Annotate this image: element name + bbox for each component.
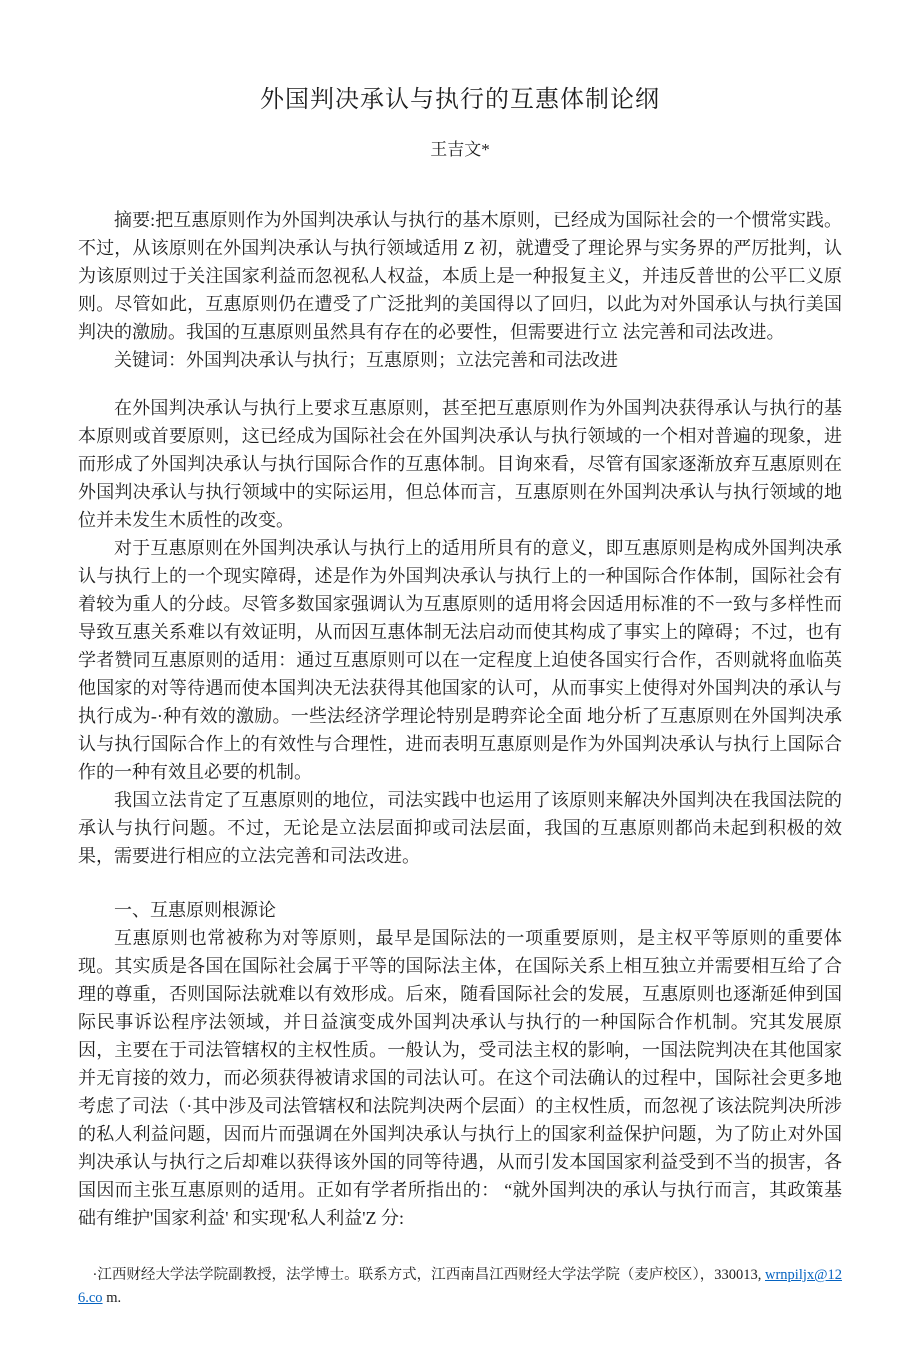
body-paragraph-3: 我国立法肯定了互惠原则的地位，司法实践中也运用了该原则来解决外国判决在我国法院的… — [78, 786, 842, 870]
footnote-suffix: m. — [103, 1290, 122, 1306]
abstract-paragraph: 摘要:把互惠原则作为外国判决承认与执行的基木原则，已经成为国际社会的一个惯常实践… — [78, 206, 842, 346]
body-paragraph-1: 在外国判决承认与执行上要求互惠原则，甚至把互惠原则作为外国判决获得承认与执行的基… — [78, 394, 842, 534]
keywords-line: 关键词：外国判决承认与执行；互惠原则；立法完善和司法改进 — [78, 346, 842, 374]
body-paragraph-2: 对于互惠原则在外国判决承认与执行上的适用所貝有的意义，即互惠原则是构成外国判决承… — [78, 534, 842, 786]
section-paragraph: 互惠原则也常被称为对等原则，最早是国际法的一项重要原则，是主权平等原则的重要体现… — [78, 924, 842, 1232]
document-page: 外国判决承认与执行的互惠体制论纲 王吉文* 摘要:把互惠原则作为外国判决承认与执… — [0, 0, 920, 1361]
section-heading: 一、互惠原则根源论 — [78, 896, 842, 924]
footnote-text: ·江西财经大学法学院副教授，法学博士。联系方式，江西南昌江西财经大学法学院（麦庐… — [93, 1267, 766, 1283]
footnote: ·江西财经大学法学院副教授，法学博士。联系方式，江西南昌江西财经大学法学院（麦庐… — [78, 1264, 842, 1310]
page-title: 外国判决承认与执行的互惠体制论纲 — [78, 84, 842, 116]
author-name: 王吉文* — [78, 138, 842, 162]
